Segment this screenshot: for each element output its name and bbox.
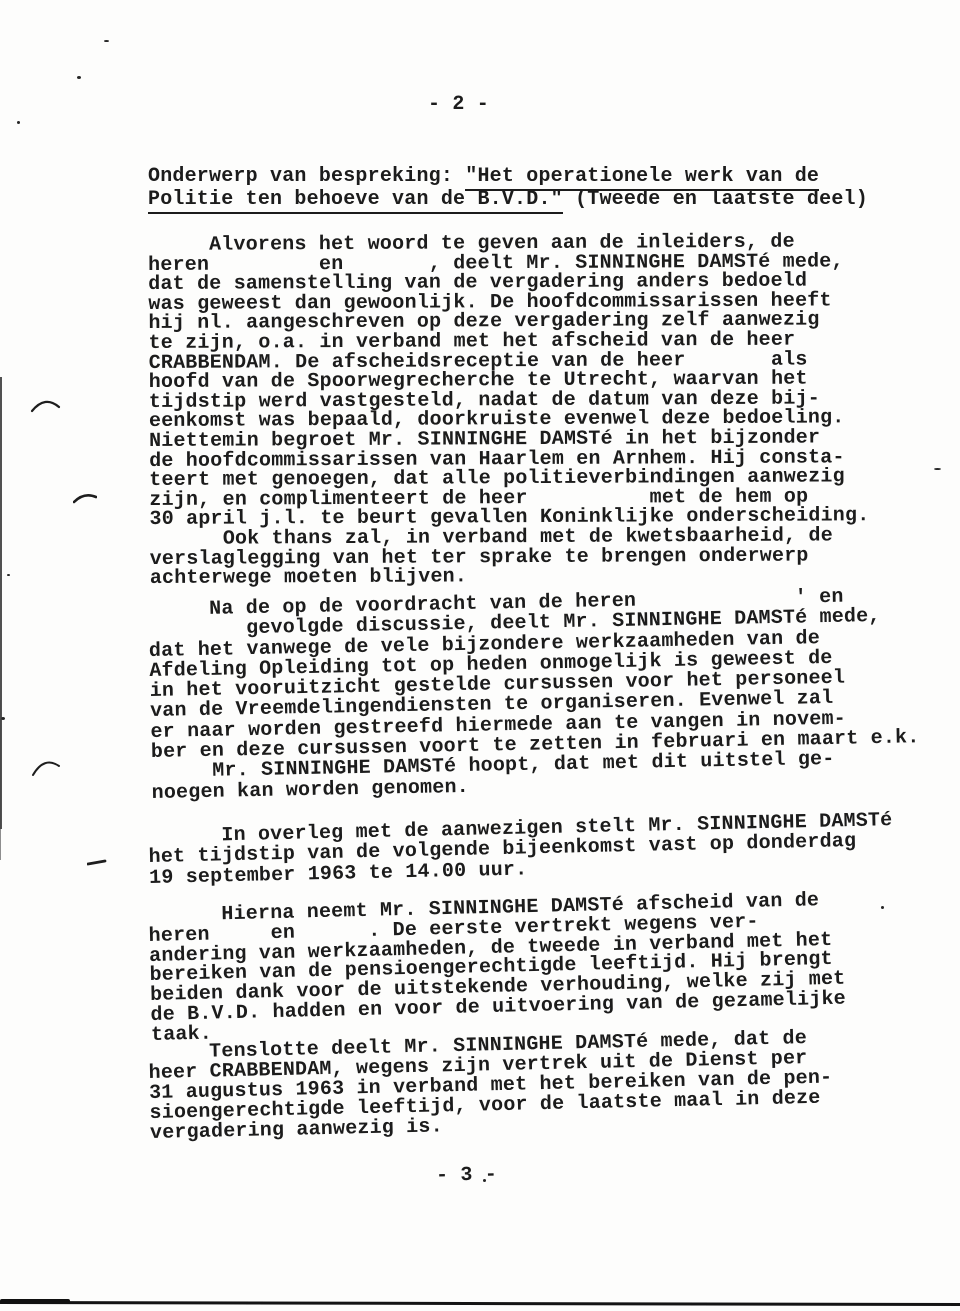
paragraph-1: Alvorens het woord te geven aan de inlei… — [148, 232, 870, 588]
paragraph-5: Tenslotte deelt Mr. SINNINGHE DAMSTé med… — [148, 1028, 833, 1143]
scan-speck — [77, 76, 81, 79]
scan-speck — [17, 121, 20, 124]
scan-left-edge-line-faint — [0, 700, 1, 860]
scan-speck — [881, 906, 884, 909]
page-number-top: - 2 - — [428, 93, 489, 116]
handwritten-dash-mark — [87, 859, 107, 867]
subject-suffix: (Tweede en laatste deel) — [563, 188, 868, 211]
document-page: - 2 - Onderwerp van bespreking: "Het ope… — [0, 0, 960, 1311]
paragraph-3: In overleg met de aanwezigen stelt Mr. S… — [148, 811, 894, 889]
scan-speck — [104, 40, 109, 42]
scan-bottom-edge-blob — [0, 1299, 70, 1304]
subject-line-1: Onderwerp van bespreking: "Het operation… — [148, 166, 868, 189]
subject-heading: Onderwerp van bespreking: "Het operation… — [148, 166, 868, 211]
scan-speck — [7, 574, 10, 576]
text-line: achterwege moeten blijven. — [150, 565, 870, 588]
handwritten-arc-mark-1 — [30, 396, 62, 414]
subject-title-underlined-2: Politie ten behoeve van de B.V.D." — [148, 188, 563, 214]
handwritten-arc-mark-3 — [31, 757, 61, 777]
scan-speck — [483, 1179, 486, 1182]
paragraph-4: Hierna neemt Mr. SINNINGHE DAMSTé afsche… — [148, 891, 847, 1046]
subject-prefix: Onderwerp van bespreking: — [148, 165, 465, 188]
scan-speck — [934, 468, 941, 470]
handwritten-arc-mark-2 — [73, 492, 97, 504]
page-number-bottom: - 3 - — [436, 1164, 497, 1188]
paragraph-2: Na de op de voordracht van de heren ' en… — [148, 586, 920, 804]
scan-bottom-edge-line — [0, 1301, 960, 1306]
subject-line-2: Politie ten behoeve van de B.V.D." (Twee… — [148, 189, 868, 212]
